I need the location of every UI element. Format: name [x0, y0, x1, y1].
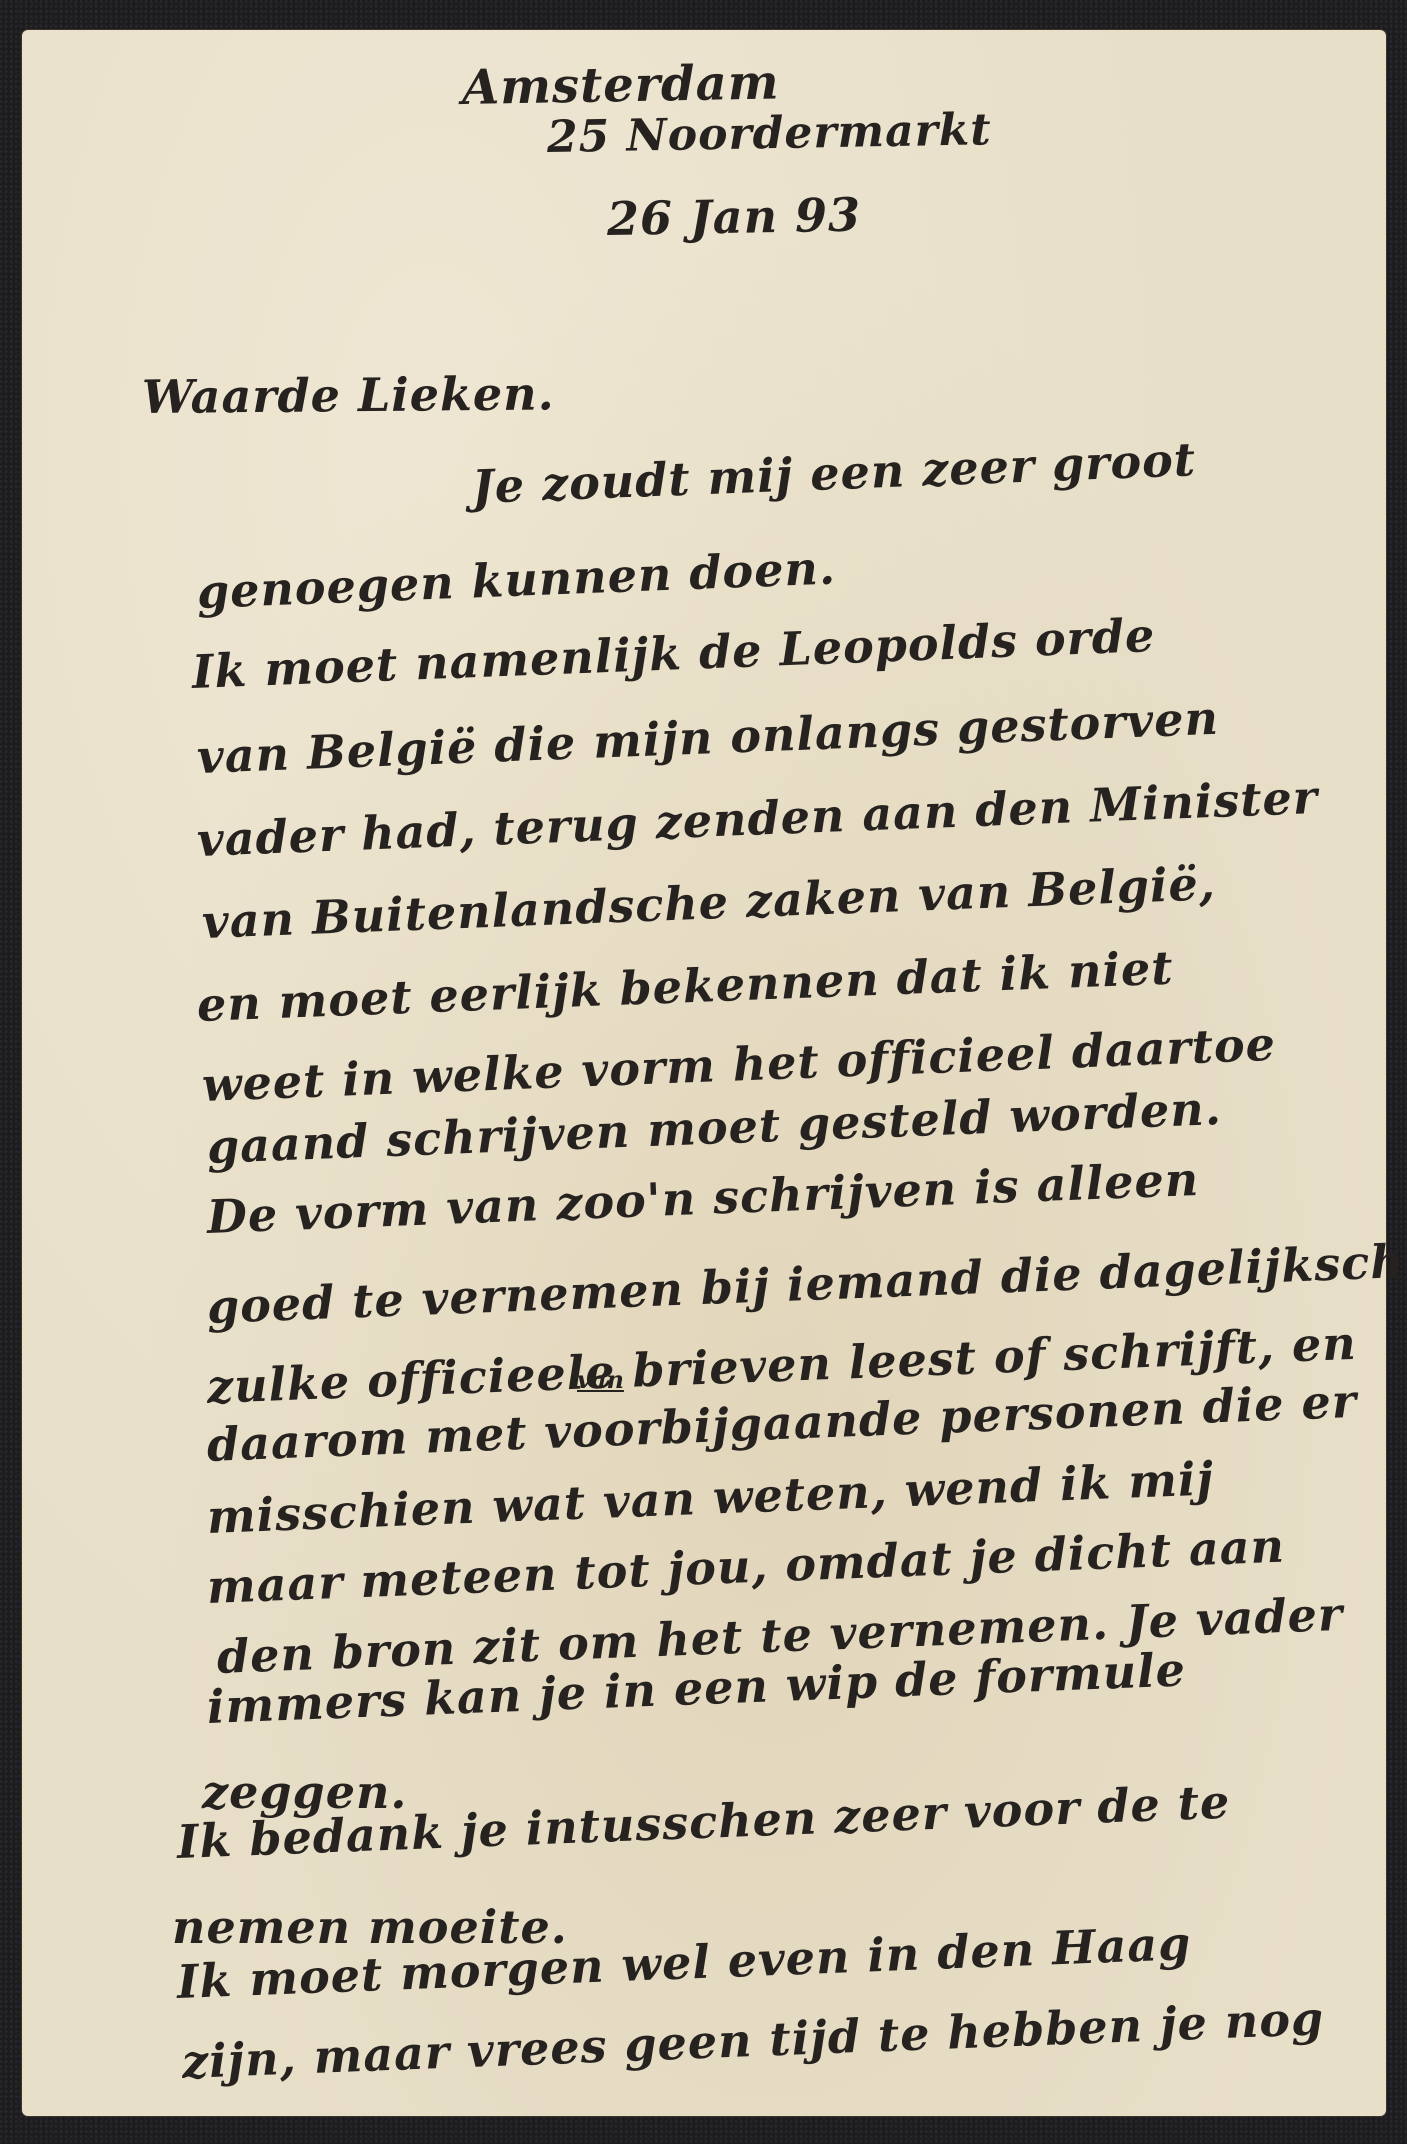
body-line: van België die mijn onlangs gestorven [196, 691, 1220, 784]
letter-address: 25 Noordermarkt [547, 104, 992, 163]
body-line: genoegen kunnen doen. [196, 540, 837, 618]
letter-place: Amsterdam [462, 54, 780, 116]
body-line: goed te vernemen bij iemand die dagelijk… [206, 1234, 1406, 1334]
letter-date: 26 Jan 93 [607, 188, 862, 246]
letter-paper: Amsterdam 25 Noordermarkt 26 Jan 93 Waar… [22, 30, 1386, 2116]
letter-salutation: Waarde Lieken. [142, 366, 555, 424]
interlinear-insert: van [577, 1365, 624, 1394]
body-line: Ik moet namenlijk de Leopolds orde [191, 608, 1156, 699]
body-line: van Buitenlandsche zaken van België, [201, 856, 1217, 949]
body-line: en moet eerlijk bekennen dat ik niet [196, 941, 1174, 1032]
body-line: Je zoudt mij een zeer groot [471, 432, 1197, 514]
body-line: vader had, terug zenden aan den Minister [196, 770, 1319, 867]
body-line: zijn, maar vrees geen tijd te hebben je … [181, 1991, 1325, 2089]
